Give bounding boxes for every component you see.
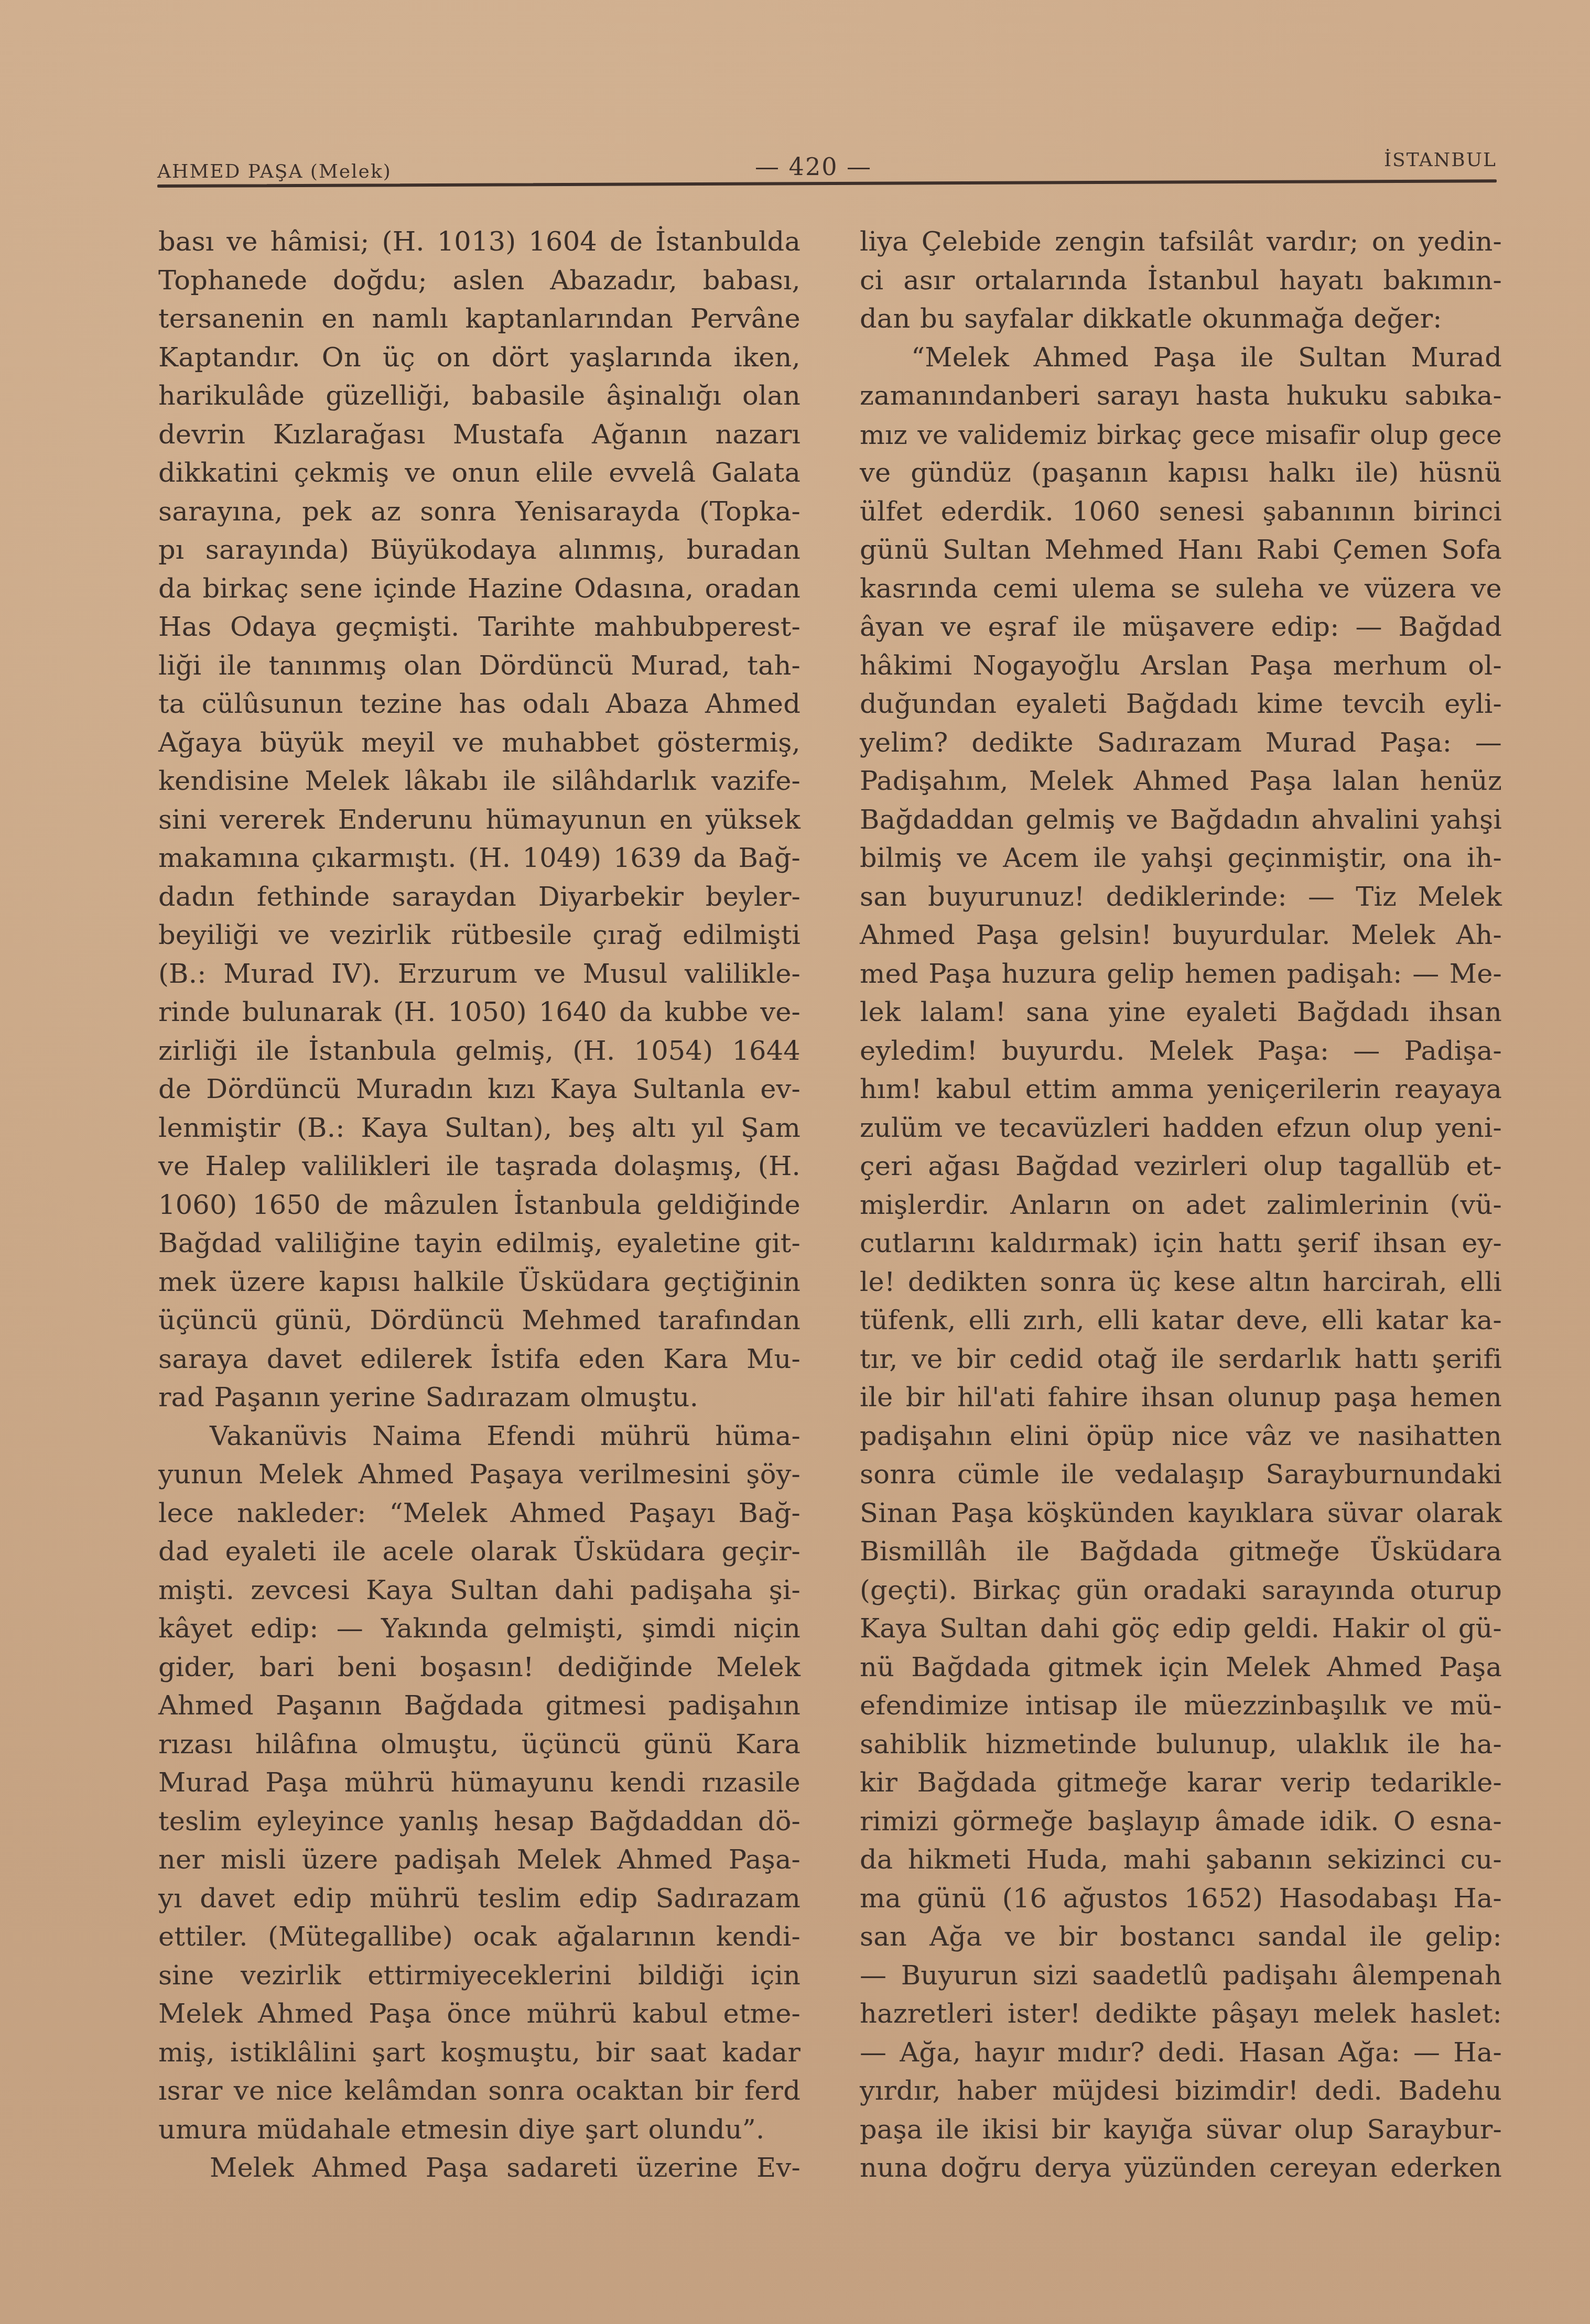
text-line-content: beyiliği ve vezirlik rütbesile çırağ edi…: [158, 916, 801, 955]
text-line-content: sini vererek Enderunu hümayunun en yükse…: [158, 801, 801, 840]
text-line-content: zulüm ve tecavüzleri hadden efzun olup y…: [860, 1109, 1502, 1148]
text-line-content: liya Çelebide zengin tafsilât vardır; on…: [860, 223, 1502, 262]
text-line-content: kir Bağdada gitmeğe karar verip tedarikl…: [860, 1764, 1502, 1802]
text-line: duğundan eyaleti Bağdadı kime tevcih eyl…: [860, 685, 1502, 724]
text-line-content: (geçti). Birkaç gün oradaki sarayında ot…: [860, 1571, 1502, 1610]
text-line-content: kâyet edip: — Yakında gelmişti, şimdi ni…: [158, 1610, 801, 1648]
text-line-content: bası ve hâmisi; (H. 1013) 1604 de İstanb…: [158, 223, 801, 262]
running-head-article-title: AHMED PAŞA (Melek): [157, 161, 392, 182]
text-line-content: Melek Ahmed Paşa önce mührü kabul etme-: [158, 1995, 801, 2034]
text-line: 1060) 1650 de mâzulen İstanbula geldiğin…: [158, 1186, 801, 1225]
text-line: lek lalam! sana yine eyaleti Bağdadı ihs…: [860, 993, 1502, 1032]
text-line-content: Tophanede doğdu; aslen Abazadır, babası,: [158, 262, 801, 300]
text-line: (B.: Murad IV). Erzurum ve Musul valilik…: [158, 955, 801, 994]
text-line: rimizi görmeğe başlayıp âmade idik. O es…: [860, 1802, 1502, 1841]
text-line: Melek Ahmed Paşa sadareti üzerine Ev-: [158, 2149, 801, 2188]
text-line: rinde bulunarak (H. 1050) 1640 da kubbe …: [158, 993, 801, 1032]
text-line-content: bilmiş ve Acem ile yahşi geçinmiştir, on…: [860, 839, 1502, 878]
text-line-content: rad Paşanın yerine Sadırazam olmuştu.: [158, 1378, 801, 1417]
text-line: sarayına, pek az sonra Yenisarayda (Topk…: [158, 493, 801, 531]
text-line: tersanenin en namlı kaptanlarından Pervâ…: [158, 300, 801, 339]
text-line: “Melek Ahmed Paşa ile Sultan Murad: [860, 339, 1502, 377]
text-line-content: yunun Melek Ahmed Paşaya verilmesini şöy…: [158, 1456, 801, 1494]
text-line: gider, bari beni boşasın! dediğinde Mele…: [158, 1648, 801, 1687]
text-line-content: Bağdaddan gelmiş ve Bağdadın ahvalini ya…: [860, 801, 1502, 840]
text-line: sonra cümle ile vedalaşıp Sarayburnundak…: [860, 1456, 1502, 1494]
text-line-content: mişti. zevcesi Kaya Sultan dahi padişaha…: [158, 1571, 801, 1610]
text-line-content: Kaptandır. On üç on dört yaşlarında iken…: [158, 339, 801, 377]
text-line: yı davet edip mührü teslim edip Sadıraza…: [158, 1880, 801, 1918]
text-line-content: Has Odaya geçmişti. Tarihte mahbubperest…: [158, 608, 801, 647]
text-column-right: liya Çelebide zengin tafsilât vardır; on…: [860, 223, 1502, 2188]
text-line-content: san Ağa ve bir bostancı sandal ile gelip…: [860, 1918, 1502, 1957]
text-line: dadın fethinde saraydan Diyarbekir beyle…: [158, 878, 801, 917]
text-line: sine vezirlik ettirmiyeceklerini bildiği…: [158, 1957, 801, 1995]
text-line: ner misli üzere padişah Melek Ahmed Paşa…: [158, 1841, 801, 1880]
text-line: Melek Ahmed Paşa önce mührü kabul etme-: [158, 1995, 801, 2034]
text-line: dikkatini çekmiş ve onun elile evvelâ Ga…: [158, 454, 801, 493]
text-line-content: günü Sultan Mehmed Hanı Rabi Çemen Sofa: [860, 531, 1502, 570]
text-line: Bismillâh ile Bağdada gitmeğe Üsküdara: [860, 1533, 1502, 1571]
text-line: kâyet edip: — Yakında gelmişti, şimdi ni…: [158, 1610, 801, 1648]
text-line-content: dikkatini çekmiş ve onun elile evvelâ Ga…: [158, 454, 801, 493]
text-line: ta cülûsunun tezine has odalı Abaza Ahme…: [158, 685, 801, 724]
text-line: kir Bağdada gitmeğe karar verip tedarikl…: [860, 1764, 1502, 1802]
text-line: dad eyaleti ile acele olarak Üsküdara ge…: [158, 1533, 801, 1571]
text-line-content: hazretleri ister! dedikte pâşayı melek h…: [860, 1995, 1502, 2034]
text-line-content: Bağdad valiliğine tayin edilmiş, eyaleti…: [158, 1224, 801, 1263]
text-line: beyiliği ve vezirlik rütbesile çırağ edi…: [158, 916, 801, 955]
text-line: bilmiş ve Acem ile yahşi geçinmiştir, on…: [860, 839, 1502, 878]
text-line: liya Çelebide zengin tafsilât vardır; on…: [860, 223, 1502, 262]
text-line-content: mek üzere kapısı halkile Üsküdara geçtiğ…: [158, 1263, 801, 1302]
text-line-content: ile bir hil'ati fahire ihsan olunup paşa…: [860, 1378, 1502, 1417]
text-line-content: — Buyurun sizi saadetlû padişahı âlempen…: [860, 1957, 1502, 1995]
text-line-content: Bismillâh ile Bağdada gitmeğe Üsküdara: [860, 1533, 1502, 1571]
text-line-content: Melek Ahmed Paşa sadareti üzerine Ev-: [210, 2149, 801, 2188]
text-line-content: da hikmeti Huda, mahi şabanın sekizinci …: [860, 1841, 1502, 1880]
text-line: liği ile tanınmış olan Dördüncü Murad, t…: [158, 647, 801, 686]
text-line-content: le! dedikten sonra üç kese altın harcira…: [860, 1263, 1502, 1302]
text-line: Ahmed Paşanın Bağdada gitmesi padişahın: [158, 1687, 801, 1725]
text-line-content: harikulâde güzelliği, babasile âşinalığı…: [158, 377, 801, 416]
text-line: zamanındanberi sarayı hasta hukuku sabık…: [860, 377, 1502, 416]
text-line: Bağdad valiliğine tayin edilmiş, eyaleti…: [158, 1224, 801, 1263]
text-line: Ahmed Paşa gelsin! buyurdular. Melek Ah-: [860, 916, 1502, 955]
text-line-content: — Ağa, hayır mıdır? dedi. Hasan Ağa: — H…: [860, 2034, 1502, 2072]
text-line: yelim? dedikte Sadırazam Murad Paşa: —: [860, 724, 1502, 763]
text-line-content: eyledim! buyurdu. Melek Paşa: — Padişa-: [860, 1032, 1502, 1071]
text-line-content: lek lalam! sana yine eyaleti Bağdadı ihs…: [860, 993, 1502, 1032]
text-line-content: âyan ve eşraf ile müşavere edip: — Bağda…: [860, 608, 1502, 647]
text-line: makamına çıkarmıştı. (H. 1049) 1639 da B…: [158, 839, 801, 878]
text-line: de Dördüncü Muradın kızı Kaya Sultanla e…: [158, 1070, 801, 1109]
text-line: ülfet ederdik. 1060 senesi şabanının bir…: [860, 493, 1502, 531]
text-line-content: paşa ile ikisi bir kayığa süvar olup Sar…: [860, 2111, 1502, 2149]
text-line: hım! kabul ettim amma yeniçerilerin reay…: [860, 1070, 1502, 1109]
text-line: san Ağa ve bir bostancı sandal ile gelip…: [860, 1918, 1502, 1957]
text-line: mek üzere kapısı halkile Üsküdara geçtiğ…: [158, 1263, 801, 1302]
text-line: zulüm ve tecavüzleri hadden efzun olup y…: [860, 1109, 1502, 1148]
text-line: Sinan Paşa köşkünden kayıklara süvar ola…: [860, 1494, 1502, 1533]
text-line: ısrar ve nice kelâmdan sonra ocaktan bir…: [158, 2072, 801, 2111]
text-line-content: san buyurunuz! dediklerinde: — Tiz Melek: [860, 878, 1502, 917]
text-line-content: dan bu sayfalar dikkatle okunmağa değer:: [860, 300, 1502, 339]
text-line: Kaptandır. On üç on dört yaşlarında iken…: [158, 339, 801, 377]
text-line: padişahın elini öpüp nice vâz ve nasihat…: [860, 1417, 1502, 1456]
text-line: Bağdaddan gelmiş ve Bağdadın ahvalini ya…: [860, 801, 1502, 840]
text-line: umura müdahale etmesin diye şart olundu”…: [158, 2111, 801, 2149]
text-line-content: dadın fethinde saraydan Diyarbekir beyle…: [158, 878, 801, 917]
text-line-content: ve gündüz (paşanın kapısı halkı ile) hüs…: [860, 454, 1502, 493]
text-line: kasrında cemi ulema se suleha ve vüzera …: [860, 570, 1502, 609]
text-line: ci asır ortalarında İstanbul hayatı bakı…: [860, 262, 1502, 300]
text-line: mişti. zevcesi Kaya Sultan dahi padişaha…: [158, 1571, 801, 1610]
text-line-content: da birkaç sene içinde Hazine Odasına, or…: [158, 570, 801, 609]
text-line-content: kasrında cemi ulema se suleha ve vüzera …: [860, 570, 1502, 609]
text-line: (geçti). Birkaç gün oradaki sarayında ot…: [860, 1571, 1502, 1610]
text-line-content: umura müdahale etmesin diye şart olundu”…: [158, 2111, 801, 2149]
text-line-content: lece nakleder: “Melek Ahmed Paşayı Bağ-: [158, 1494, 801, 1533]
text-line-content: Ağaya büyük meyil ve muhabbet göstermiş,: [158, 724, 801, 763]
text-line: yırdır, haber müjdesi bizimdir! dedi. Ba…: [860, 2072, 1502, 2111]
text-line-content: sine vezirlik ettirmiyeceklerini bildiği…: [158, 1957, 801, 1995]
text-line-content: üçüncü günü, Dördüncü Mehmed tarafından: [158, 1301, 801, 1340]
page-number: — 420 —: [755, 153, 872, 181]
text-line-content: zirliği ile İstanbula gelmiş, (H. 1054) …: [158, 1032, 801, 1071]
text-line: Padişahım, Melek Ahmed Paşa lalan henüz: [860, 762, 1502, 801]
text-line-content: devrin Kızlarağası Mustafa Ağanın nazarı: [158, 416, 801, 454]
text-line-content: sarayına, pek az sonra Yenisarayda (Topk…: [158, 493, 801, 531]
text-line-content: sahiblik hizmetinde bulunup, ulaklık ile…: [860, 1725, 1502, 1764]
text-line-content: ner misli üzere padişah Melek Ahmed Paşa…: [158, 1841, 801, 1880]
text-line-content: hâkimi Nogayoğlu Arslan Paşa merhum ol-: [860, 647, 1502, 686]
text-line: Ağaya büyük meyil ve muhabbet göstermiş,: [158, 724, 801, 763]
text-line-content: Ahmed Paşa gelsin! buyurdular. Melek Ah-: [860, 916, 1502, 955]
text-line-content: lenmiştir (B.: Kaya Sultan), beş altı yı…: [158, 1109, 801, 1148]
text-line-content: duğundan eyaleti Bağdadı kime tevcih eyl…: [860, 685, 1502, 724]
text-line: sahiblik hizmetinde bulunup, ulaklık ile…: [860, 1725, 1502, 1764]
text-line-content: Kaya Sultan dahi göç edip geldi. Hakir o…: [860, 1610, 1502, 1648]
text-line: tüfenk, elli zırh, elli katar deve, elli…: [860, 1301, 1502, 1340]
text-line-content: ve Halep valilikleri ile taşrada dolaşmı…: [158, 1147, 801, 1186]
text-line-content: saraya davet edilerek İstifa eden Kara M…: [158, 1340, 801, 1379]
text-line-content: miş, istiklâlini şart koşmuştu, bir saat…: [158, 2034, 801, 2072]
text-line-content: ülfet ederdik. 1060 senesi şabanının bir…: [860, 493, 1502, 531]
text-line-content: makamına çıkarmıştı. (H. 1049) 1639 da B…: [158, 839, 801, 878]
text-line-content: padişahın elini öpüp nice vâz ve nasihat…: [860, 1417, 1502, 1456]
text-line: Murad Paşa mührü hümayunu kendi rızasile: [158, 1764, 801, 1802]
text-line-content: efendimize intisap ile müezzinbaşılık ve…: [860, 1687, 1502, 1725]
running-head: AHMED PAŞA (Melek) — 420 — İSTANBUL: [157, 149, 1497, 181]
text-line: efendimize intisap ile müezzinbaşılık ve…: [860, 1687, 1502, 1725]
text-line-content: nü Bağdada gitmek için Melek Ahmed Paşa: [860, 1648, 1502, 1687]
text-line-content: kendisine Melek lâkabı ile silâhdarlık v…: [158, 762, 801, 801]
text-line: üçüncü günü, Dördüncü Mehmed tarafından: [158, 1301, 801, 1340]
text-line-content: ta cülûsunun tezine has odalı Abaza Ahme…: [158, 685, 801, 724]
text-line: mişlerdir. Anların on adet zalimlerinin …: [860, 1186, 1502, 1225]
text-line-content: zamanındanberi sarayı hasta hukuku sabık…: [860, 377, 1502, 416]
text-line: nuna doğru derya yüzünden cereyan ederke…: [860, 2149, 1502, 2188]
text-line: ettiler. (Mütegallibe) ocak ağalarının k…: [158, 1918, 801, 1957]
text-line: ile bir hil'ati fahire ihsan olunup paşa…: [860, 1378, 1502, 1417]
text-line-content: Murad Paşa mührü hümayunu kendi rızasile: [158, 1764, 801, 1802]
text-line-content: dad eyaleti ile acele olarak Üsküdara ge…: [158, 1533, 801, 1571]
text-line-content: (B.: Murad IV). Erzurum ve Musul valilik…: [158, 955, 801, 994]
text-line-content: rızası hilâfına olmuştu, üçüncü günü Kar…: [158, 1725, 801, 1764]
text-column-left: bası ve hâmisi; (H. 1013) 1604 de İstanb…: [158, 223, 801, 2188]
text-line-content: nuna doğru derya yüzünden cereyan ederke…: [860, 2149, 1502, 2188]
text-line: paşa ile ikisi bir kayığa süvar olup Sar…: [860, 2111, 1502, 2149]
text-line: sini vererek Enderunu hümayunun en yükse…: [158, 801, 801, 840]
text-line: Tophanede doğdu; aslen Abazadır, babası,: [158, 262, 801, 300]
text-line: — Ağa, hayır mıdır? dedi. Hasan Ağa: — H…: [860, 2034, 1502, 2072]
text-line: lece nakleder: “Melek Ahmed Paşayı Bağ-: [158, 1494, 801, 1533]
text-line-content: de Dördüncü Muradın kızı Kaya Sultanla e…: [158, 1070, 801, 1109]
text-line-content: med Paşa huzura gelip hemen padişah: — M…: [860, 955, 1502, 994]
text-line: âyan ve eşraf ile müşavere edip: — Bağda…: [860, 608, 1502, 647]
text-line-content: sonra cümle ile vedalaşıp Sarayburnundak…: [860, 1456, 1502, 1494]
text-line: da birkaç sene içinde Hazine Odasına, or…: [158, 570, 801, 609]
text-line: pı sarayında) Büyükodaya alınmış, burada…: [158, 531, 801, 570]
text-line: nü Bağdada gitmek için Melek Ahmed Paşa: [860, 1648, 1502, 1687]
text-line: san buyurunuz! dediklerinde: — Tiz Melek: [860, 878, 1502, 917]
text-line: yunun Melek Ahmed Paşaya verilmesini şöy…: [158, 1456, 801, 1494]
text-line: — Buyurun sizi saadetlû padişahı âlempen…: [860, 1957, 1502, 1995]
text-line-content: çeri ağası Bağdad vezirleri olup tagallü…: [860, 1147, 1502, 1186]
text-line: tır, ve bir cedid otağ ile serdarlık hat…: [860, 1340, 1502, 1379]
text-line: harikulâde güzelliği, babasile âşinalığı…: [158, 377, 801, 416]
text-line: dan bu sayfalar dikkatle okunmağa değer:: [860, 300, 1502, 339]
text-line-content: 1060) 1650 de mâzulen İstanbula geldiğin…: [158, 1186, 801, 1225]
text-line: hâkimi Nogayoğlu Arslan Paşa merhum ol-: [860, 647, 1502, 686]
text-line: saraya davet edilerek İstifa eden Kara M…: [158, 1340, 801, 1379]
text-line-content: ma günü (16 ağustos 1652) Hasodabaşı Ha-: [860, 1880, 1502, 1918]
text-line: Kaya Sultan dahi göç edip geldi. Hakir o…: [860, 1610, 1502, 1648]
text-line: kendisine Melek lâkabı ile silâhdarlık v…: [158, 762, 801, 801]
text-line-content: hım! kabul ettim amma yeniçerilerin reay…: [860, 1070, 1502, 1109]
text-line-content: tır, ve bir cedid otağ ile serdarlık hat…: [860, 1340, 1502, 1379]
text-line-content: teslim eyleyince yanlış hesap Bağdaddan …: [158, 1802, 801, 1841]
text-line-content: rinde bulunarak (H. 1050) 1640 da kubbe …: [158, 993, 801, 1032]
text-line-content: yırdır, haber müjdesi bizimdir! dedi. Ba…: [860, 2072, 1502, 2111]
text-line: bası ve hâmisi; (H. 1013) 1604 de İstanb…: [158, 223, 801, 262]
text-line: lenmiştir (B.: Kaya Sultan), beş altı yı…: [158, 1109, 801, 1148]
text-line: med Paşa huzura gelip hemen padişah: — M…: [860, 955, 1502, 994]
text-line-content: mız ve validemiz birkaç gece misafir olu…: [860, 416, 1502, 454]
text-line-content: yelim? dedikte Sadırazam Murad Paşa: —: [860, 724, 1502, 763]
text-line: hazretleri ister! dedikte pâşayı melek h…: [860, 1995, 1502, 2034]
text-line-content: ci asır ortalarında İstanbul hayatı bakı…: [860, 262, 1502, 300]
text-line: rad Paşanın yerine Sadırazam olmuştu.: [158, 1378, 801, 1417]
text-line-content: Padişahım, Melek Ahmed Paşa lalan henüz: [860, 762, 1502, 801]
text-line: ve Halep valilikleri ile taşrada dolaşmı…: [158, 1147, 801, 1186]
text-line: devrin Kızlarağası Mustafa Ağanın nazarı: [158, 416, 801, 454]
text-line: cutlarını kaldırmak) için hattı şerif ih…: [860, 1224, 1502, 1263]
text-line-content: yı davet edip mührü teslim edip Sadıraza…: [158, 1880, 801, 1918]
text-line: ma günü (16 ağustos 1652) Hasodabaşı Ha-: [860, 1880, 1502, 1918]
text-line: ve gündüz (paşanın kapısı halkı ile) hüs…: [860, 454, 1502, 493]
text-line: le! dedikten sonra üç kese altın harcira…: [860, 1263, 1502, 1302]
text-line: mız ve validemiz birkaç gece misafir olu…: [860, 416, 1502, 454]
text-line-content: cutlarını kaldırmak) için hattı şerif ih…: [860, 1224, 1502, 1263]
text-line: da hikmeti Huda, mahi şabanın sekizinci …: [860, 1841, 1502, 1880]
text-line-content: Vakanüvis Naima Efendi mührü hüma-: [210, 1417, 801, 1456]
text-line: zirliği ile İstanbula gelmiş, (H. 1054) …: [158, 1032, 801, 1071]
text-line: eyledim! buyurdu. Melek Paşa: — Padişa-: [860, 1032, 1502, 1071]
text-line-content: ettiler. (Mütegallibe) ocak ağalarının k…: [158, 1918, 801, 1957]
running-head-volume-title: İSTANBUL: [1384, 149, 1497, 171]
text-line: teslim eyleyince yanlış hesap Bağdaddan …: [158, 1802, 801, 1841]
text-line-content: Ahmed Paşanın Bağdada gitmesi padişahın: [158, 1687, 801, 1725]
text-line: miş, istiklâlini şart koşmuştu, bir saat…: [158, 2034, 801, 2072]
text-line-content: ısrar ve nice kelâmdan sonra ocaktan bir…: [158, 2072, 801, 2111]
text-line-content: liği ile tanınmış olan Dördüncü Murad, t…: [158, 647, 801, 686]
text-line: Vakanüvis Naima Efendi mührü hüma-: [158, 1417, 801, 1456]
text-line-content: mişlerdir. Anların on adet zalimlerinin …: [860, 1186, 1502, 1225]
text-line-content: “Melek Ahmed Paşa ile Sultan Murad: [911, 339, 1502, 377]
text-line: rızası hilâfına olmuştu, üçüncü günü Kar…: [158, 1725, 801, 1764]
text-line-content: tersanenin en namlı kaptanlarından Pervâ…: [158, 300, 801, 339]
text-line-content: pı sarayında) Büyükodaya alınmış, burada…: [158, 531, 801, 570]
text-line-content: Sinan Paşa köşkünden kayıklara süvar ola…: [860, 1494, 1502, 1533]
text-line: günü Sultan Mehmed Hanı Rabi Çemen Sofa: [860, 531, 1502, 570]
text-line: Has Odaya geçmişti. Tarihte mahbubperest…: [158, 608, 801, 647]
text-line-content: tüfenk, elli zırh, elli katar deve, elli…: [860, 1301, 1502, 1340]
text-line-content: gider, bari beni boşasın! dediğinde Mele…: [158, 1648, 801, 1687]
text-line-content: rimizi görmeğe başlayıp âmade idik. O es…: [860, 1802, 1502, 1841]
text-line: çeri ağası Bağdad vezirleri olup tagallü…: [860, 1147, 1502, 1186]
